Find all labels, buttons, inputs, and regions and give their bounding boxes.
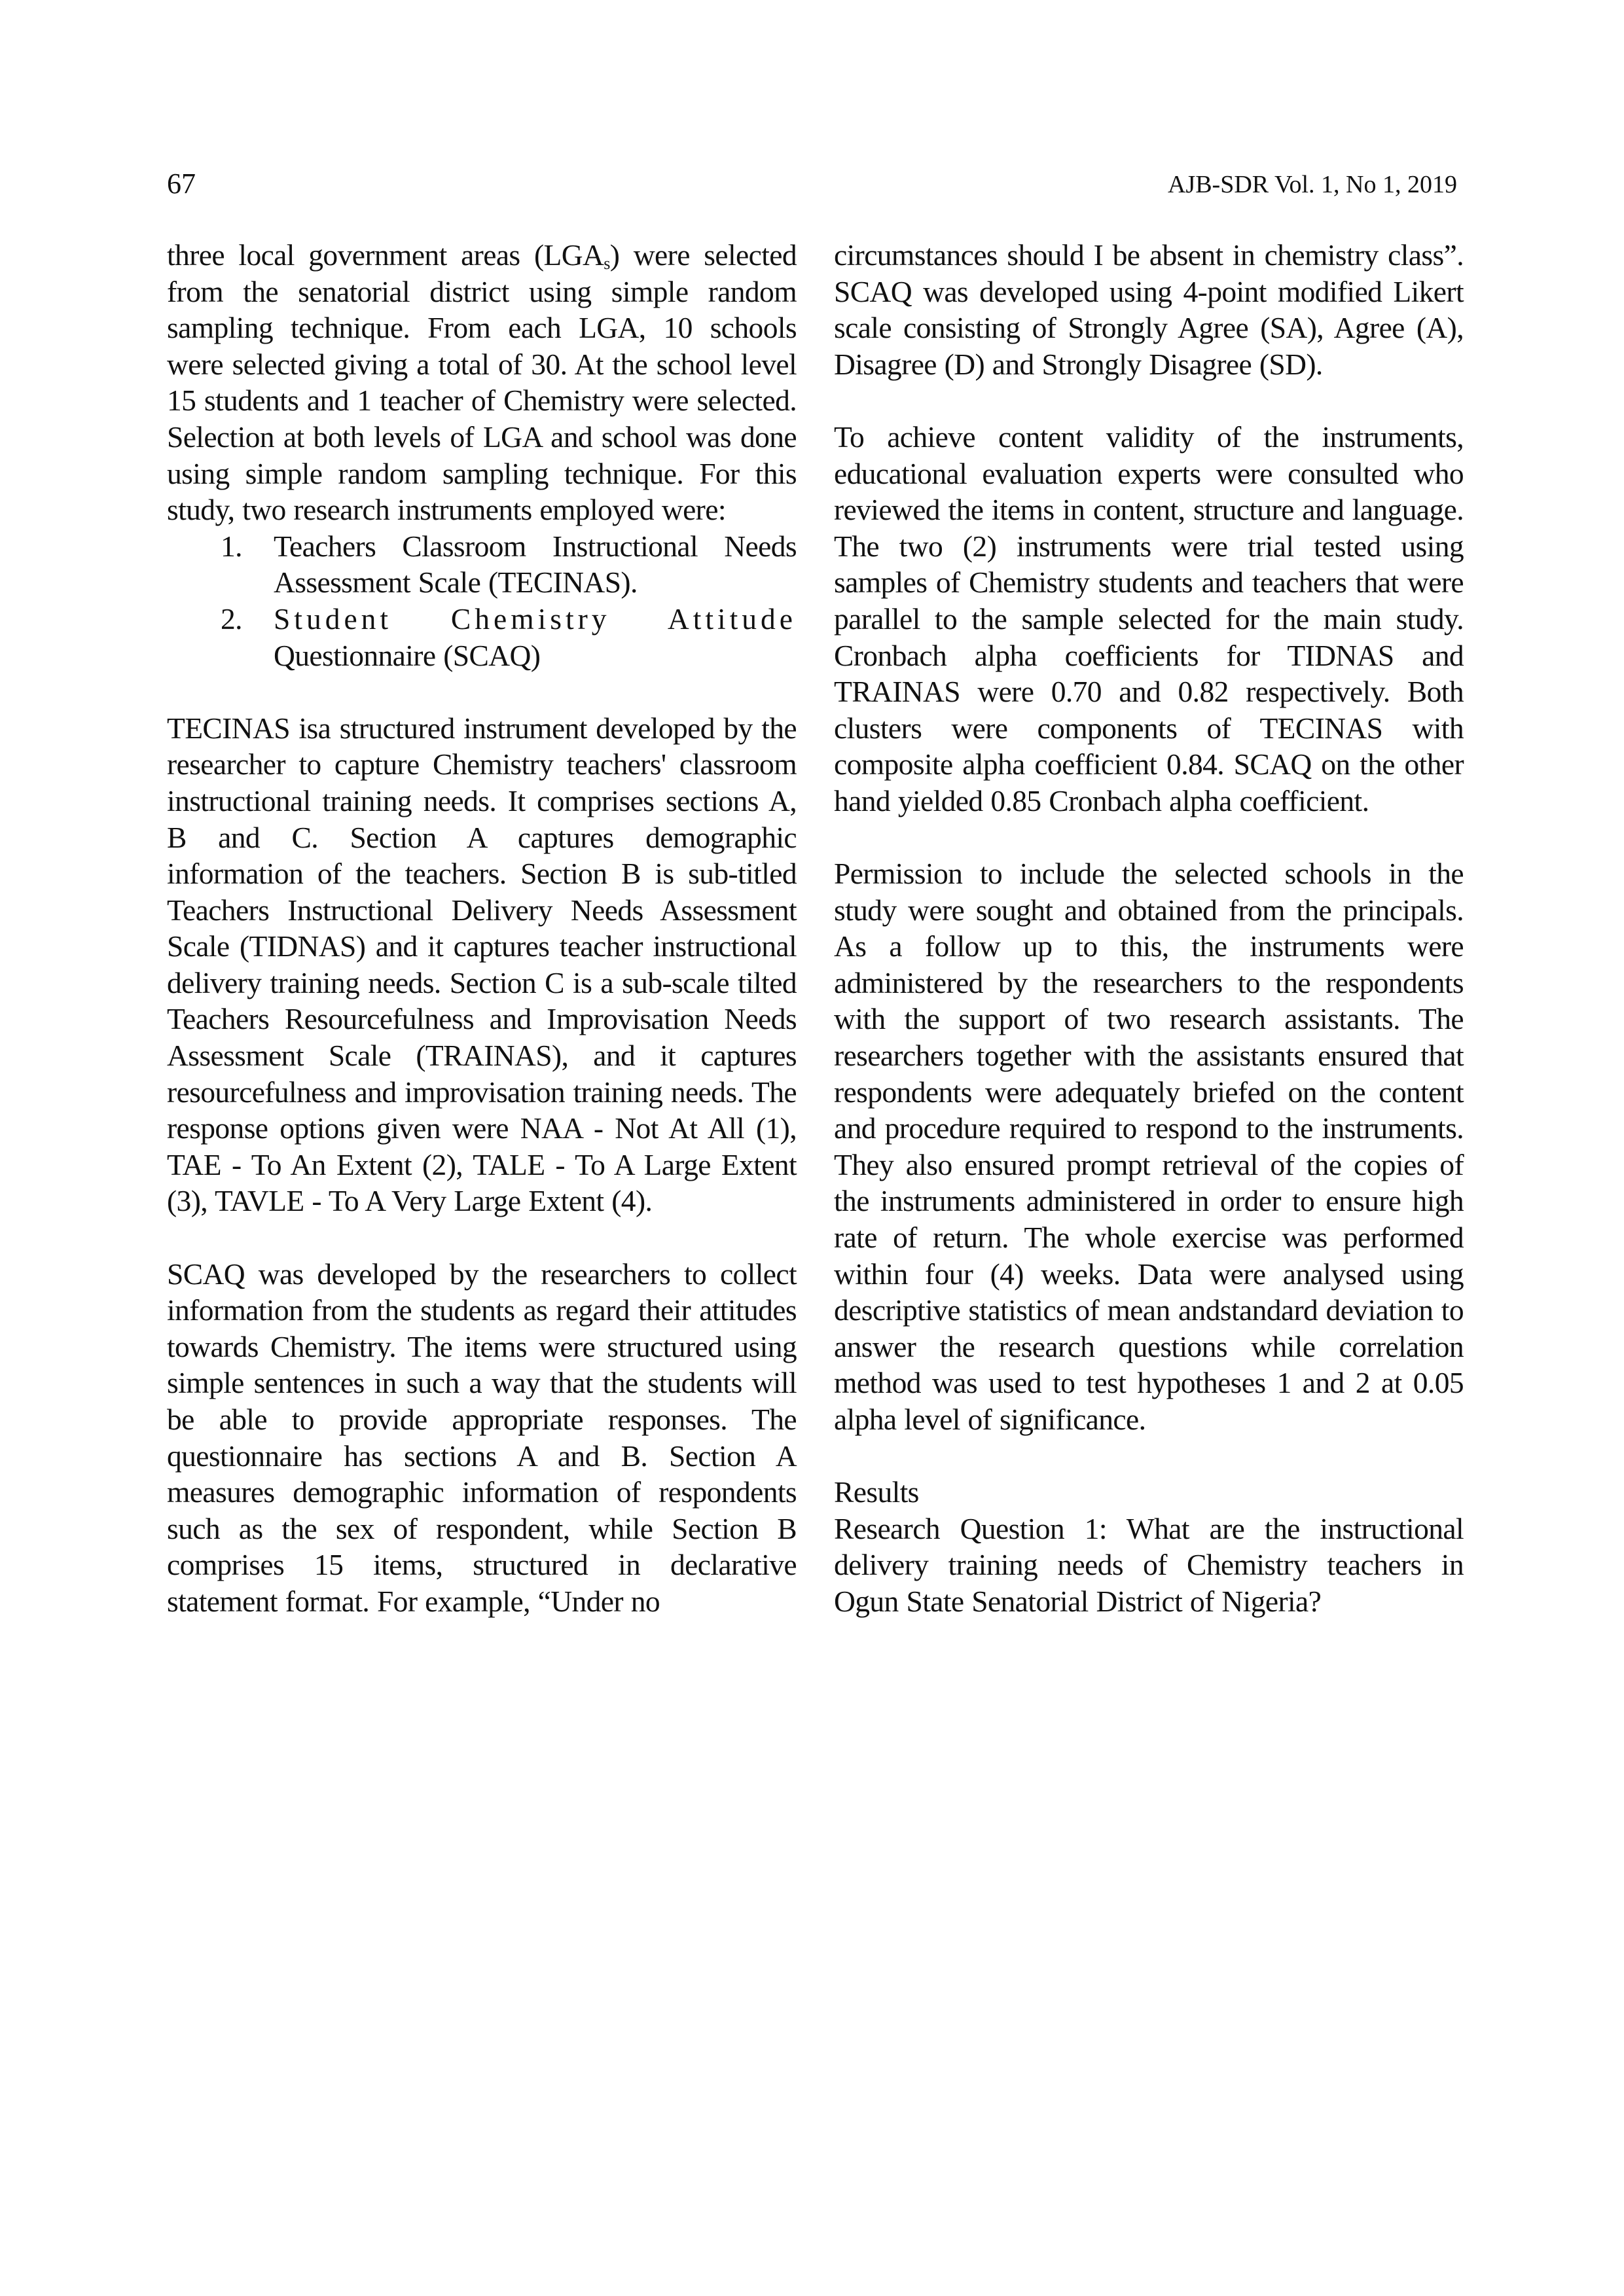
instrument-item: 1. Teachers Classroom Instructional Need… <box>274 528 797 601</box>
section-heading-results: Results <box>834 1474 1464 1511</box>
subscript: s <box>604 254 610 273</box>
page-number: 67 <box>167 167 196 201</box>
instrument-text: Teachers Classroom Instructional Needs A… <box>274 529 797 600</box>
instrument-text: Questionnaire (SCAQ) <box>274 639 540 672</box>
running-head: AJB-SDR Vol. 1, No 1, 2019 <box>1168 169 1457 200</box>
research-question-1: Research Question 1: What are the instru… <box>834 1511 1464 1620</box>
paragraph-tecinas: TECINAS isa structured instrument develo… <box>167 710 797 1219</box>
instrument-list: 1. Teachers Classroom Instructional Need… <box>167 528 797 673</box>
text-run: three local government areas (LGA <box>167 238 604 272</box>
left-column: three local government areas (LGAs) were… <box>167 237 797 1620</box>
paragraph-procedure: Permission to include the selected schoo… <box>834 855 1464 1438</box>
paragraph-scaq: SCAQ was developed by the researchers to… <box>167 1256 797 1620</box>
right-column: circumstances should I be absent in chem… <box>834 237 1464 1656</box>
list-number: 1. <box>221 528 242 565</box>
paragraph-validity: To achieve content validity of the instr… <box>834 419 1464 819</box>
list-number: 2. <box>221 601 242 637</box>
paragraph-sampling: three local government areas (LGAs) were… <box>167 237 797 528</box>
instrument-item: 2. Student Chemistry Attitude Questionna… <box>274 601 797 673</box>
paragraph-likert: circumstances should I be absent in chem… <box>834 237 1464 382</box>
text-run: ) were selected from the senatorial dist… <box>167 238 797 526</box>
instrument-text: Student Chemistry Attitude <box>274 601 797 637</box>
